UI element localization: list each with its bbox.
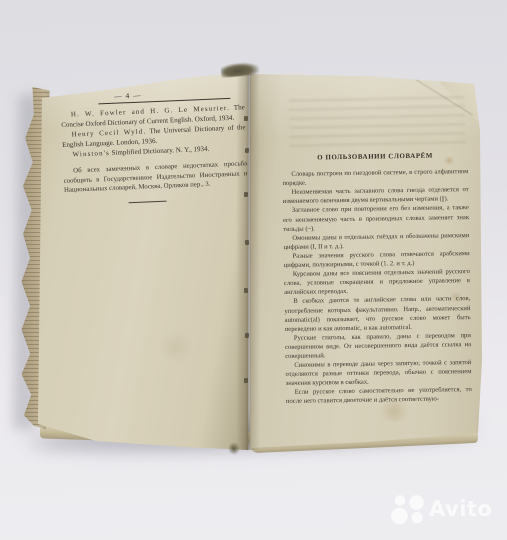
avito-logo-icon — [390, 492, 426, 526]
photo-background: — 4 — H. W. Fowler and H. G. Le Mesurier… — [0, 0, 507, 540]
spine-stitch — [245, 333, 249, 338]
paragraph: В скобках даются те английские слова или… — [284, 294, 471, 333]
show-through-text — [288, 96, 465, 154]
right-page-text: О ПОЛЬЗОВАНИИ СЛОВАРЁМ Словарь построен … — [282, 151, 472, 406]
spine-stitch — [244, 192, 248, 197]
spine-thread-tuft-bottom — [228, 442, 240, 455]
spine-stitch — [244, 116, 248, 121]
author-name: Winston's — [72, 149, 110, 159]
avito-watermark: Avito — [390, 492, 492, 526]
spine-stitch — [244, 378, 248, 383]
left-page-text: — 4 — H. W. Fowler and H. G. Le Mesurier… — [60, 86, 249, 206]
spine-stitch — [245, 148, 250, 154]
watermark-text: Avito — [429, 497, 492, 521]
paragraph: Синонимы в переводе даны через запятую; … — [285, 358, 471, 388]
paragraph: Заглавное слово при повторении его без и… — [283, 204, 469, 234]
section-title: О ПОЛЬЗОВАНИИ СЛОВАРЁМ — [282, 151, 468, 163]
right-page: О ПОЛЬЗОВАНИИ СЛОВАРЁМ Словарь построен … — [247, 70, 484, 452]
spine-stitch — [245, 240, 250, 245]
publisher-note: Об всех замеченных в словаре недостатках… — [63, 159, 248, 195]
paragraph: Русские глаголы, как правило, даны с пер… — [285, 331, 471, 361]
end-rule — [129, 200, 167, 203]
left-page: — 4 — H. W. Fowler and H. G. Le Mesurier… — [36, 70, 248, 452]
spine-stitch — [244, 288, 248, 293]
paper-stain — [156, 332, 196, 362]
paragraph: Курсивом даны все пояснения отдельных зн… — [284, 267, 470, 297]
paragraph: Если русское слово самостоятельно не упо… — [286, 385, 472, 406]
